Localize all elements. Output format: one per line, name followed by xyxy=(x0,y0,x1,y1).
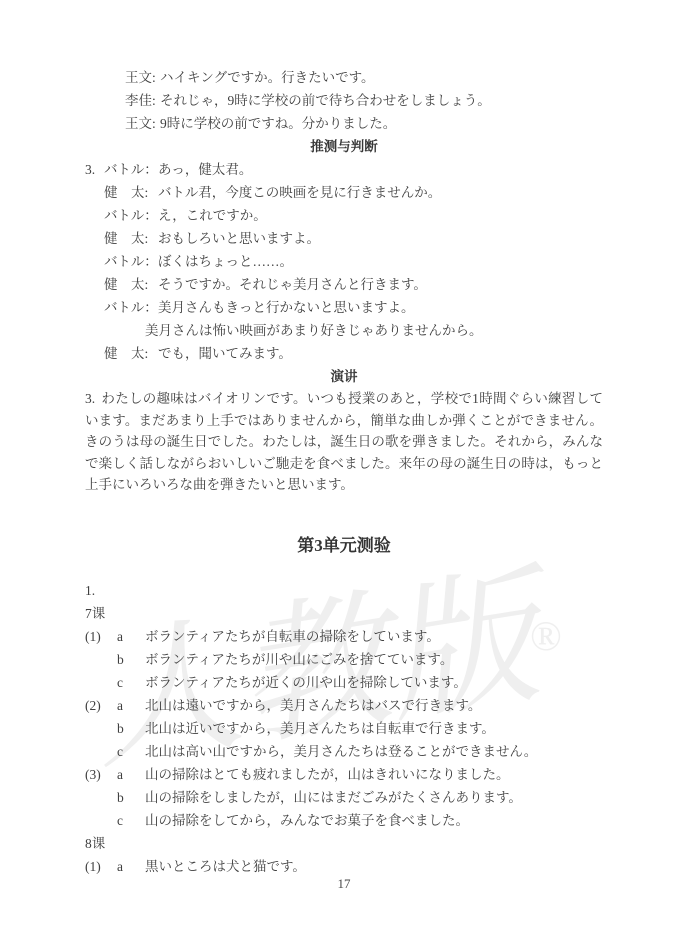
option-text: ボランティアたちが自転車の掃除をしています。 xyxy=(145,629,440,644)
dialog-line: 健 太:そうですか。それじゃ美月さんと行きます。 xyxy=(85,273,603,296)
dialog-text: 美月さんは怖い映画があまり好きじゃありませんから。 xyxy=(145,323,483,338)
speaker-label: バトル： xyxy=(104,296,158,319)
test-option-row: (3)a山の掃除はとても疲れましたが，山はきれいになりました。 xyxy=(85,763,603,786)
section-heading-inference: 推测与判断 xyxy=(85,135,603,158)
unit-test-title: 第3单元测验 xyxy=(85,534,603,558)
dialog-line: 李佳:それじゃ，9時に学校の前で待ち合わせをしましょう。 xyxy=(85,89,603,112)
speech-paragraph: 3.わたしの趣味はバイオリンです。いつも授業のあと，学校で1時間ぐらい練習してい… xyxy=(85,388,603,496)
dialog-line: 王文:ハイキングですか。行きたいです。 xyxy=(85,66,603,89)
lesson8-label: 8课 xyxy=(85,832,603,855)
dialog-movie-section: 3.バトル：あっ，健太君。健 太:バトル君，今度この映画を見に行きませんか。バト… xyxy=(85,158,603,365)
option-text: 北山は遠いですから，美月さんたちはバスで行きます。 xyxy=(145,698,481,713)
option-text: 黒いところは犬と猫です。 xyxy=(145,859,306,874)
lesson7-label: 7课 xyxy=(85,602,603,625)
speaker-label: バトル： xyxy=(104,250,158,273)
test-option-row: c北山は高い山ですから，美月さんたちは登ることができません。 xyxy=(85,740,603,763)
speaker-label: 健 太: xyxy=(104,342,158,365)
dialog-line: バトル：え，これですか。 xyxy=(85,204,603,227)
speaker-label: バトル： xyxy=(104,204,158,227)
test-option-row: b山の掃除をしましたが，山にはまだごみがたくさんあります。 xyxy=(85,786,603,809)
option-letter: a xyxy=(117,625,145,648)
dialog-text: ぼくはちょっと……。 xyxy=(158,254,293,269)
test-option-row: (2)a北山は遠いですから，美月さんたちはバスで行きます。 xyxy=(85,694,603,717)
dialog-line: バトル：美月さんもきっと行かないと思いますよ。 xyxy=(85,296,603,319)
option-text: ボランティアたちが近くの川や山を掃除しています。 xyxy=(145,675,467,690)
scanned-document-page: 人教版 ® 王文:ハイキングですか。行きたいです。李佳:それじゃ，9時に学校の前… xyxy=(0,0,688,952)
question-number: (2) xyxy=(85,694,117,717)
test-option-row: bボランティアたちが川や山にごみを捨てています。 xyxy=(85,648,603,671)
option-letter: a xyxy=(117,763,145,786)
question-number: (1) xyxy=(85,855,117,878)
speaker-label: 李佳: xyxy=(125,89,160,112)
question-number: (3) xyxy=(85,763,117,786)
dialog-text: それじゃ，9時に学校の前で待ち合わせをしましょう。 xyxy=(160,93,491,108)
speaker-label: 健 太: xyxy=(104,273,158,296)
option-text: 北山は近いですから，美月さんたちは自転車で行きます。 xyxy=(145,721,495,736)
dialog-line: 3.バトル：あっ，健太君。 xyxy=(85,158,603,181)
option-text: 北山は高い山ですから，美月さんたちは登ることができません。 xyxy=(145,744,537,759)
test-option-row: b北山は近いですから，美月さんたちは自転車で行きます。 xyxy=(85,717,603,740)
dialog-text: おもしろいと思いますよ。 xyxy=(158,231,320,246)
speaker-label: バトル： xyxy=(104,158,158,181)
speaker-label: 王文: xyxy=(125,66,160,89)
section-heading-speech: 演讲 xyxy=(85,365,603,388)
dialog-line: 健 太:バトル君，今度この映画を見に行きませんか。 xyxy=(85,181,603,204)
option-text: 山の掃除をしてから，みんなでお菓子を食べました。 xyxy=(145,813,469,828)
dialog-text: ハイキングですか。行きたいです。 xyxy=(160,70,375,85)
dialog-line: 美月さんは怖い映画があまり好きじゃありませんから。 xyxy=(85,319,603,342)
speaker-label: 王文: xyxy=(125,112,160,135)
option-letter: c xyxy=(117,671,145,694)
dialog-text: そうですか。それじゃ美月さんと行きます。 xyxy=(158,277,427,292)
test-option-row: cボランティアたちが近くの川や山を掃除しています。 xyxy=(85,671,603,694)
dialog-text: でも，聞いてみます。 xyxy=(158,346,292,361)
option-letter: a xyxy=(117,855,145,878)
speaker-label: 健 太: xyxy=(104,181,158,204)
test-option-row: (1)a黒いところは犬と猫です。 xyxy=(85,855,603,878)
option-text: ボランティアたちが川や山にごみを捨てています。 xyxy=(145,652,453,667)
dialog-text: え，これですか。 xyxy=(158,208,267,223)
option-text: 山の掃除をしましたが，山にはまだごみがたくさんあります。 xyxy=(145,790,522,805)
dialog-line: 健 太:おもしろいと思いますよ。 xyxy=(85,227,603,250)
paragraph-number: 3. xyxy=(85,391,95,406)
option-letter: c xyxy=(117,809,145,832)
test-part-number: 1. xyxy=(85,579,603,602)
speaker-label: 健 太: xyxy=(104,227,158,250)
item-number: 3. xyxy=(85,158,104,181)
option-letter: b xyxy=(117,717,145,740)
option-letter: c xyxy=(117,740,145,763)
dialog-text: 美月さんもきっと行かないと思いますよ。 xyxy=(158,300,415,315)
option-text: 山の掃除はとても疲れましたが，山はきれいになりました。 xyxy=(145,767,510,782)
dialog-text: 9時に学校の前ですね。分かりました。 xyxy=(160,116,396,131)
dialog-line: バトル：ぼくはちょっと……。 xyxy=(85,250,603,273)
test-option-row: c山の掃除をしてから，みんなでお菓子を食べました。 xyxy=(85,809,603,832)
dialog-text: バトル君，今度この映画を見に行きませんか。 xyxy=(158,185,441,200)
test-option-row: (1)aボランティアたちが自転車の掃除をしています。 xyxy=(85,625,603,648)
lesson7-items: (1)aボランティアたちが自転車の掃除をしています。bボランティアたちが川や山に… xyxy=(85,625,603,832)
page-number: 17 xyxy=(0,876,688,892)
lesson8-items: (1)a黒いところは犬と猫です。 xyxy=(85,855,603,878)
option-letter: b xyxy=(117,648,145,671)
option-letter: b xyxy=(117,786,145,809)
speech-text: わたしの趣味はバイオリンです。いつも授業のあと，学校で1時間ぐらい練習しています… xyxy=(85,391,603,492)
dialog-text: あっ，健太君。 xyxy=(158,162,252,177)
option-letter: a xyxy=(117,694,145,717)
dialog-line: 健 太:でも，聞いてみます。 xyxy=(85,342,603,365)
question-number: (1) xyxy=(85,625,117,648)
page-content: 王文:ハイキングですか。行きたいです。李佳:それじゃ，9時に学校の前で待ち合わせ… xyxy=(85,66,603,878)
dialog-hiking-section: 王文:ハイキングですか。行きたいです。李佳:それじゃ，9時に学校の前で待ち合わせ… xyxy=(85,66,603,135)
dialog-line: 王文:9時に学校の前ですね。分かりました。 xyxy=(85,112,603,135)
